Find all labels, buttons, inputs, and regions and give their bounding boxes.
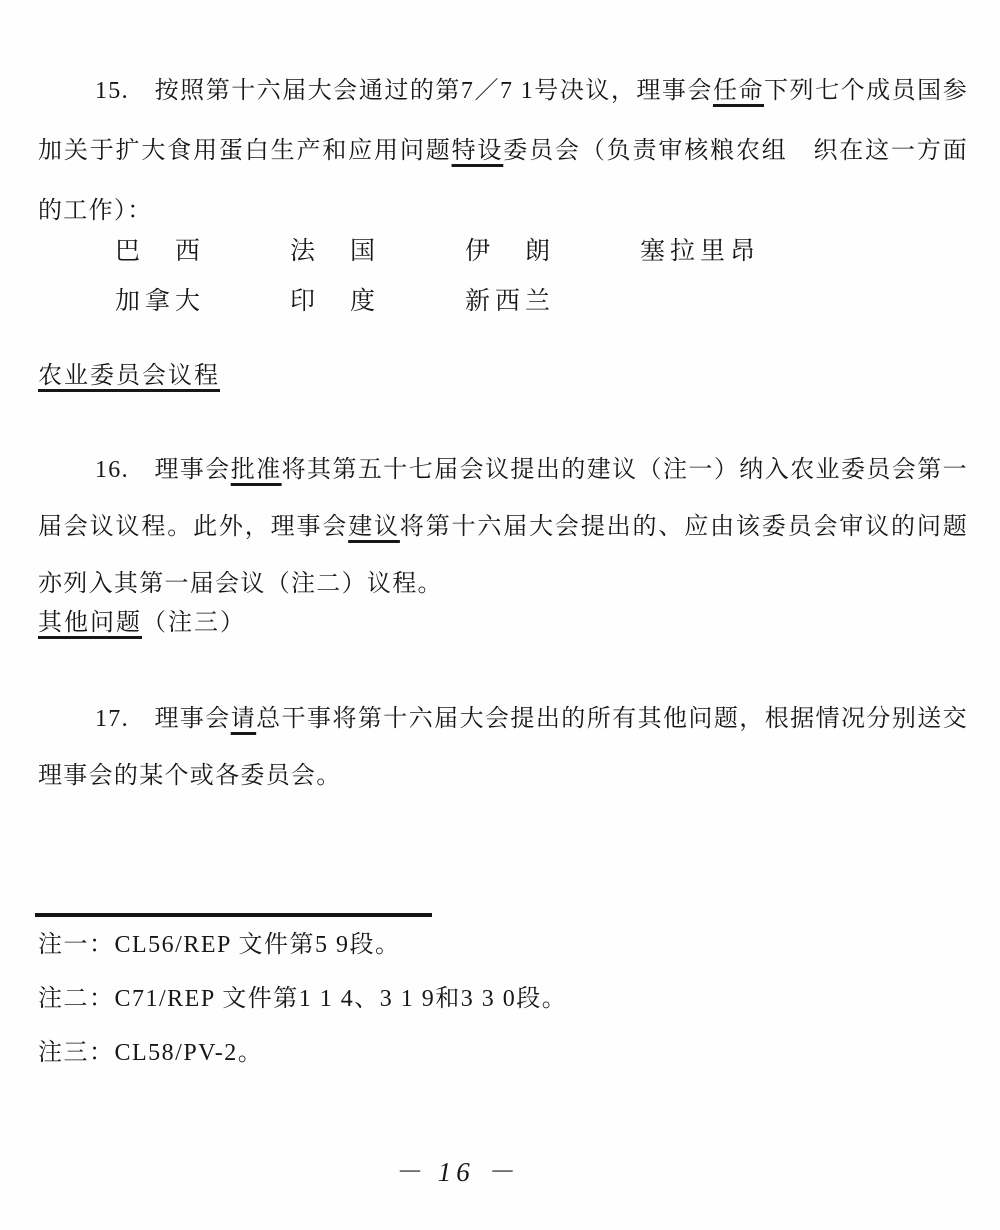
member-name-canada: 加拿大	[115, 281, 205, 317]
underlined-text: 批准	[231, 457, 282, 483]
footnote-separator	[35, 913, 432, 917]
member-name-sierra-leone: 塞拉里昂	[640, 231, 760, 267]
page-number: － 16 －	[394, 1150, 519, 1189]
member-row-1: 巴 西 法 国 伊 朗 塞拉里昂	[0, 231, 1000, 273]
member-name-iran: 伊 朗	[465, 231, 555, 267]
member-row-2: 加拿大 印 度 新西兰	[0, 281, 1000, 323]
document-page: 15. 按照第十六届大会通过的第7／7 1号决议，理事会任命下列七个成员国参加关…	[0, 0, 1000, 1230]
underlined-text: 其他问题	[38, 610, 142, 636]
footnote-3: 注三：CL58/PV-2。	[38, 1036, 263, 1070]
member-name-brazil: 巴 西	[115, 231, 205, 267]
section-heading-agriculture-committee-agenda: 农业委员会议程	[38, 356, 220, 396]
text-segment: 15. 按照第十六届大会通过的第7／7 1号决议，理事会	[95, 78, 713, 104]
underlined-text: 特设	[452, 138, 504, 164]
member-name-new-zealand: 新西兰	[465, 281, 555, 317]
member-name-india: 印 度	[290, 281, 380, 317]
text-segment: （注三）	[142, 610, 246, 636]
underlined-text: 请	[231, 706, 256, 732]
text-segment: 17. 理事会	[95, 706, 231, 732]
text-segment: 16. 理事会	[95, 457, 231, 483]
underlined-text: 农业委员会议程	[38, 363, 220, 389]
section-heading-other-matters: 其他问题（注三）	[38, 603, 246, 643]
paragraph-17: 17. 理事会请总干事将第十六届大会提出的所有其他问题，根据情况分别送交理事会的…	[38, 691, 968, 805]
footnote-2: 注二：C71/REP 文件第1 1 4、3 1 9和3 3 0段。	[38, 982, 567, 1016]
underlined-text: 任命	[713, 78, 764, 104]
underlined-text: 建议	[348, 514, 400, 540]
paragraph-15: 15. 按照第十六届大会通过的第7／7 1号决议，理事会任命下列七个成员国参加关…	[38, 61, 968, 241]
footnote-1: 注一：CL56/REP 文件第5 9段。	[38, 928, 400, 962]
member-name-france: 法 国	[290, 231, 380, 267]
paragraph-16: 16. 理事会批准将其第五十七届会议提出的建议（注一）纳入农业委员会第一届会议议…	[38, 442, 968, 613]
